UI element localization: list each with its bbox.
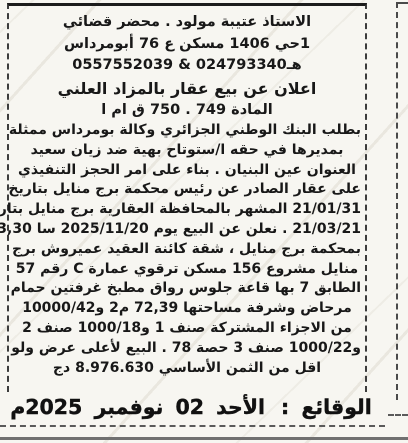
column-divider-tick-top [396, 2, 408, 4]
page-bottom-rule [0, 437, 408, 440]
notice-body-line: 21/01/31 المشهر بالمحافظة العقارية برج م… [13, 200, 361, 220]
notice-body-line: بطلب البنك الوطني الجزائري وكالة بومرداس… [13, 121, 361, 141]
newspaper-name: الوقائع : [281, 395, 372, 419]
notice-body-line: و1000/22 صنف 3 حصة 78 . البيع لأعلى عرض … [13, 339, 361, 359]
auction-notice-box: الاستاذ عتيبة مولود . محضر قضائي 1حي 140… [7, 3, 367, 392]
notice-body-line: الطابق 7 بها قاعة جلوس رواق مطبخ غرفتين … [13, 279, 361, 299]
notice-body-line: بمحكمة برج منايل ، شقة كائنة العقيد عمير… [13, 240, 361, 260]
notice-body-line: العنوان عين البنيان . بناء على امر الحجز… [13, 161, 361, 181]
footer-divider [0, 425, 385, 427]
column-divider-tick-bottom [388, 414, 408, 416]
notice-body-line: منايل مشروع 156 مسكن ترقوي عمارة C رقم 5… [13, 260, 361, 280]
notice-body-line: على عقار الصادر عن رئيس محكمة برج منايل … [13, 180, 361, 200]
notice-body-line: 21/03/21 . نعلن عن البيع يوم 2025/11/20 … [13, 220, 361, 240]
issue-date: الأحد 02 نوفمبر 2025م [10, 395, 265, 419]
officer-line: الاستاذ عتيبة مولود . محضر قضائي [13, 12, 361, 34]
notice-body-line: من الاجزاء المشتركة صنف 1 و1000/18 صنف 2 [13, 319, 361, 339]
legal-article-line: المادة 749 . 750 ق ام ا [13, 100, 361, 122]
notice-title: اعلان عن بيع عقار بالمزاد العلني [13, 77, 361, 100]
notice-body-line: بمديرها في حقه ا/ستوتاح بهية ضد زيان سعي… [13, 141, 361, 161]
column-divider [396, 2, 398, 400]
page-footer: الوقائع :الأحد 02 نوفمبر 2025م [0, 391, 382, 423]
newspaper-page: الاستاذ عتيبة مولود . محضر قضائي 1حي 140… [0, 0, 408, 443]
notice-body-line: مرحاض وشرفة مساحتها 72,39 م2 و10000/42 [13, 299, 361, 319]
notice-body-line: اقل من الثمن الأساسي 8.976.630 دج [13, 359, 361, 379]
address-line: 1حي 1406 مسكن ع 76 أبومرداس [13, 34, 361, 56]
phone-line: هـ024793340 & 0557552039 [13, 55, 361, 77]
